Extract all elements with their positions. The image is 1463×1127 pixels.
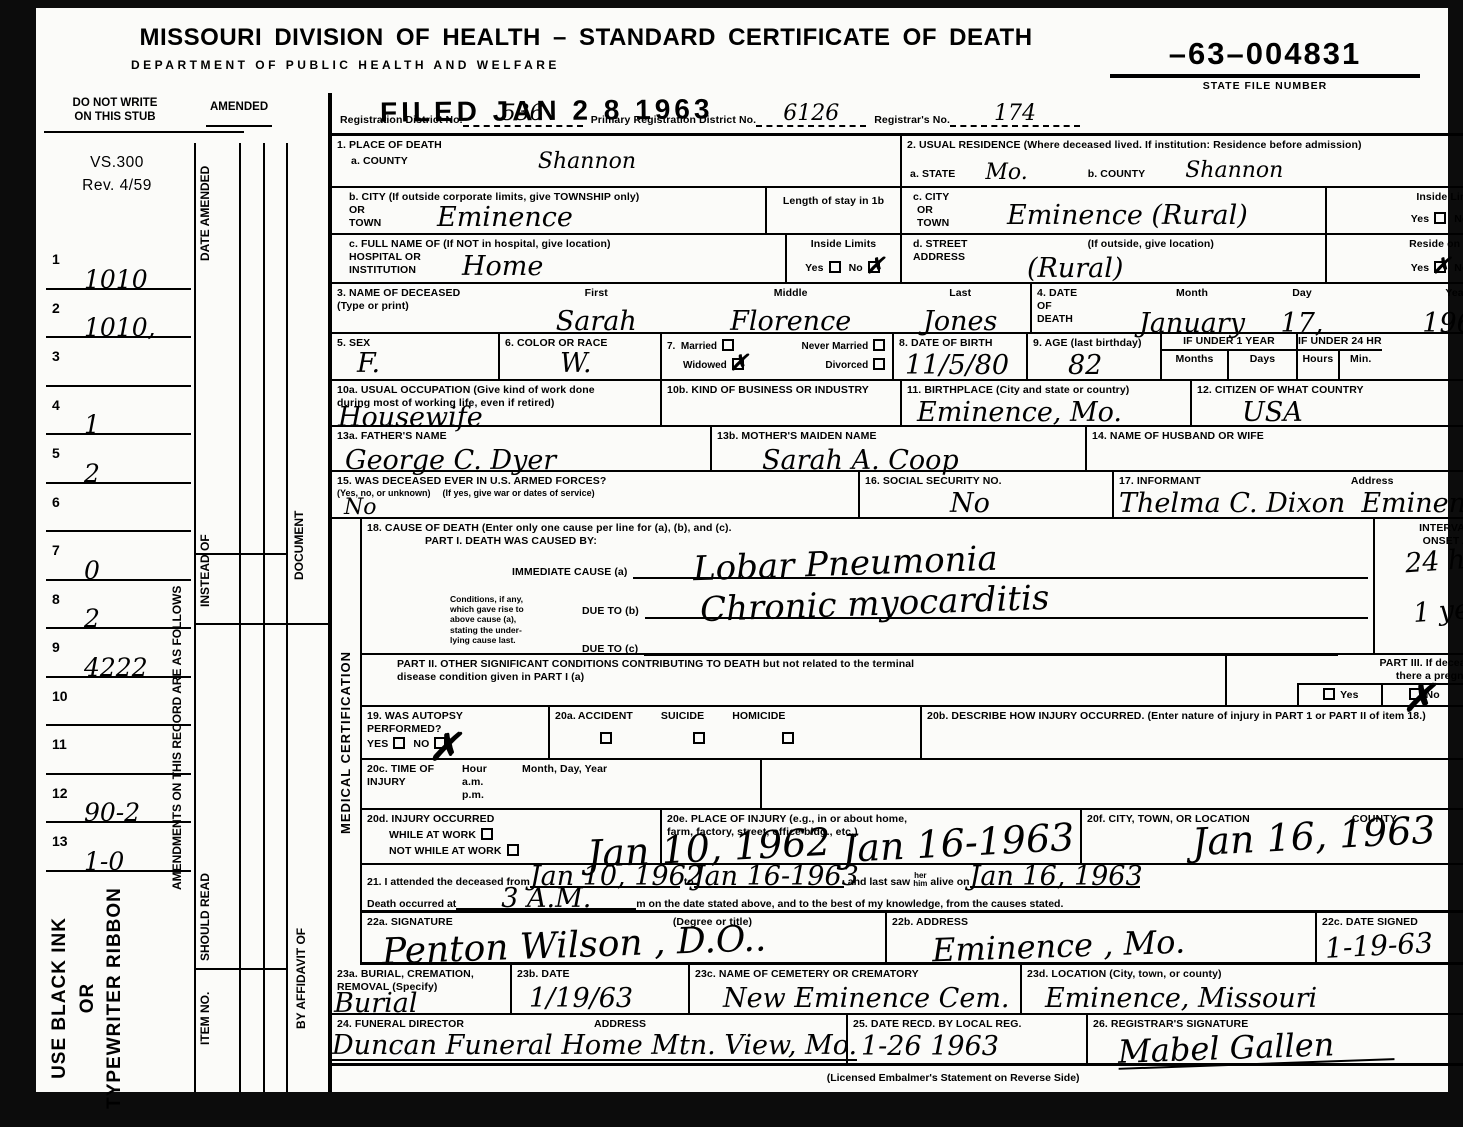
field-place-of-death: 1. PLACE OF DEATH a. COUNTY Shannon	[332, 136, 902, 186]
field-attended: 21. I attended the deceased from Jan 10,…	[362, 865, 1463, 910]
father-name-value: George C. Dyer	[345, 447, 705, 474]
not-while-at-work-checkbox	[507, 844, 519, 856]
informant-address-value: Eminence, Mo.	[1361, 490, 1463, 517]
residence-county-value: Shannon	[1185, 160, 1283, 184]
field-cause-of-death: 18. CAUSE OF DEATH (Enter only one cause…	[362, 519, 1375, 653]
registrar-no-value: 174	[994, 101, 1036, 126]
filed-stamp: FILED JAN 2 8 1963	[380, 93, 714, 128]
left-stub: DO NOT WRITE ON THIS STUB AMENDED VS.300…	[36, 93, 328, 1092]
item-no-label: ITEM NO.	[198, 978, 212, 1058]
field-how-injury-occurred: 20b. DESCRIBE HOW INJURY OCCURRED. (Ente…	[922, 707, 1463, 758]
field-hospital: c. FULL NAME OF (If NOT in hospital, giv…	[332, 235, 787, 282]
middle-name-value: Florence	[686, 308, 895, 335]
burial-location-value: Eminence, Missouri	[1045, 985, 1463, 1012]
field-injury-date: Month, Day, Year	[517, 760, 762, 808]
field-usual-residence: 2. USUAL RESIDENCE (Where deceased lived…	[902, 136, 1463, 186]
stub-line: 11010	[46, 241, 191, 290]
embalmer-note: (Licensed Embalmer's Statement on Revers…	[332, 1066, 1463, 1084]
inside-limits-yes-checkbox	[1434, 212, 1446, 224]
field-burial-location: 23d. LOCATION (City, town, or county) (S…	[1022, 965, 1463, 1013]
stub-line: 41	[46, 387, 191, 436]
field-social-security: 16. SOCIAL SECURITY NO. No	[860, 472, 1114, 517]
certificate-page: MISSOURI DIVISION OF HEALTH – STANDARD C…	[36, 8, 1448, 1092]
primary-district-value: 6126	[783, 101, 839, 126]
field-name-of-deceased: 3. NAME OF DECEASED (Type or print) Firs…	[332, 284, 1032, 332]
date-received-value: 1-26 1963	[861, 1033, 1081, 1060]
funeral-director-value: Duncan Funeral Home Mtn. View, Mo.	[332, 1032, 857, 1061]
county-value: Shannon	[538, 151, 636, 173]
race-value: W.	[560, 350, 655, 377]
field-occupation: 10a. USUAL OCCUPATION (Give kind of work…	[332, 381, 662, 425]
attended-to-overlay: Jan 16-1963	[841, 818, 1075, 868]
pregnancy-yes-checkbox	[1323, 688, 1335, 700]
physician-address-value: Eminence , Mo.	[932, 926, 1186, 967]
stub-line: 3	[46, 338, 191, 387]
certificate-form: 1. PLACE OF DEATH a. COUNTY Shannon 2. U…	[332, 133, 1463, 1066]
field-injury-hour: Hour a.m. p.m.	[457, 760, 517, 808]
accident-checkbox	[600, 732, 612, 744]
field-armed-forces: 15. WAS DECEASED EVER IN U.S. ARMED FORC…	[332, 472, 860, 517]
death-inside-limits-no-checkbox: ✗	[868, 261, 880, 273]
field-if-under-24-hr: IF UNDER 24 HR Hours Min.	[1298, 334, 1382, 379]
field-birthplace: 11. BIRTHPLACE (City and state or countr…	[902, 381, 1192, 425]
field-business-industry: 10b. KIND OF BUSINESS OR INDUSTRY	[662, 381, 902, 425]
should-read-label: SHOULD READ	[198, 871, 212, 963]
city-of-death-value: Eminence	[437, 204, 573, 231]
field-street-address: d. STREET ADDRESS (If outside, give loca…	[902, 235, 1327, 282]
field-burial-type: 23a. BURIAL, CREMATION, REMOVAL (Specify…	[332, 965, 512, 1013]
mother-maiden-name-value: Sarah A. Coop	[762, 447, 1080, 474]
field-autopsy: 19. WAS AUTOPSY PERFORMED? YES NO ✗	[362, 707, 550, 758]
field-residence-inside-limits: Inside Limits Yes No ✗	[1327, 188, 1463, 233]
registration-line: Registration District No. 536 Primary Re…	[332, 93, 1463, 133]
form-number: VS.300 Rev. 4/59	[52, 151, 182, 198]
date-of-birth-value: 11/5/80	[905, 352, 1021, 379]
stub-line: 21010,	[46, 290, 191, 339]
field-date-received: 25. DATE RECD. BY LOCAL REG. 1-26 1963	[848, 1015, 1088, 1063]
field-city-of-death: b. CITY (If outside corporate limits, gi…	[332, 188, 767, 233]
stub-rule	[194, 623, 328, 625]
age-value: 82	[1068, 352, 1155, 379]
field-interval: INTERVAL BETWEEN ONSET AND DEATH 24 hrs.…	[1375, 519, 1463, 653]
time-of-death-value: 3 A.M.	[456, 885, 636, 912]
document-label: DOCUMENT	[292, 498, 306, 593]
stub-line: 52	[46, 435, 191, 484]
never-married-checkbox	[873, 339, 885, 351]
field-date-of-death: 4. DATE OF DEATH Month January Day 17, Y…	[1032, 284, 1463, 332]
cause-b-value: Chronic myocarditis	[699, 580, 1049, 626]
field-physician-signature: 22a. SIGNATURE (Degree or title) Penton …	[362, 913, 887, 962]
homicide-checkbox	[782, 732, 794, 744]
citizen-value: USA	[1242, 399, 1463, 426]
amended-label: AMENDED	[206, 101, 272, 127]
field-part3-pregnancy: PART III. If deceased was female was the…	[1227, 655, 1463, 705]
informant-value: Thelma C. Dixon	[1119, 490, 1345, 517]
do-not-write-label: DO NOT WRITE ON THIS STUB	[50, 97, 180, 125]
field-citizen: 12. CITIZEN OF WHAT COUNTRY USA	[1192, 381, 1463, 425]
date-signed-value: 1-19-63	[1324, 929, 1433, 963]
field-reside-on-farm: Reside on Farm Yes ✗ No	[1327, 235, 1463, 282]
stub-rule	[239, 143, 241, 1092]
stub-divider	[44, 131, 244, 133]
sex-value: F.	[357, 350, 493, 377]
field-mother-maiden-name: 13b. MOTHER'S MAIDEN NAME Sarah A. Coop	[712, 427, 1087, 470]
last-name-value: Jones	[895, 308, 1025, 335]
field-accident-suicide-homicide: 20a. ACCIDENT SUICIDE HOMICIDE	[550, 707, 922, 758]
armed-forces-value: No	[344, 497, 377, 519]
header: MISSOURI DIVISION OF HEALTH – STANDARD C…	[36, 8, 1448, 93]
page-subtitle: DEPARTMENT OF PUBLIC HEALTH AND WELFARE	[131, 58, 560, 72]
residence-state-value: Mo.	[985, 162, 1027, 184]
conditions-note: Conditions, if any, which gave rise to a…	[450, 594, 524, 645]
state-file-number-label: STATE FILE NUMBER	[1110, 80, 1420, 92]
state-file-number-value: –63–004831	[1110, 36, 1420, 78]
field-burial-date: 23b. DATE 1/19/63	[512, 965, 690, 1013]
medical-certification-label: MEDICAL CERTIFICATION	[338, 519, 353, 965]
field-length-of-stay: Length of stay in 1b	[767, 188, 902, 233]
field-date-signed: 22c. DATE SIGNED 1-19-63	[1317, 913, 1463, 962]
main-form-column: Registration District No. 536 Primary Re…	[328, 93, 1463, 1092]
field-registrar-signature: 26. REGISTRAR'S SIGNATURE Mabel Gallen	[1088, 1015, 1463, 1063]
field-part2-conditions: PART II. OTHER SIGNIFICANT CONDITIONS CO…	[362, 655, 1227, 705]
field-marital-status: 7. Married Never Married Widowed ✗ Divor…	[662, 334, 894, 379]
state-file-number: –63–004831 STATE FILE NUMBER	[1110, 36, 1420, 92]
divorced-checkbox	[873, 358, 885, 370]
amendments-label: AMENDMENTS ON THIS RECORD ARE AS FOLLOWS	[170, 478, 184, 998]
farm-yes-checkbox: ✗	[1434, 261, 1446, 273]
stub-rule	[194, 968, 288, 970]
cemetery-value: New Eminence Cem.	[723, 985, 1015, 1012]
stub-rule	[263, 143, 265, 1092]
medical-certification-strip: MEDICAL CERTIFICATION	[332, 519, 362, 965]
while-at-work-checkbox	[481, 828, 493, 840]
pregnancy-no-checkbox: ✗	[1409, 688, 1421, 700]
stub-rule	[286, 143, 288, 1092]
field-physician-address: 22b. ADDRESS Eminence , Mo.	[887, 913, 1317, 962]
registrar-signature-value: Mabel Gallen	[1117, 1026, 1394, 1070]
page-title: MISSOURI DIVISION OF HEALTH – STANDARD C…	[106, 24, 1066, 52]
field-residence-city: c. CITY OR TOWN Eminence (Rural)	[902, 188, 1327, 233]
residence-city-value: Eminence (Rural)	[1007, 202, 1248, 229]
instead-of-label: INSTEAD OF	[198, 523, 212, 618]
field-sex: 5. SEX F.	[332, 334, 500, 379]
first-name-value: Sarah	[507, 308, 686, 335]
interval-b-value: 1 year	[1412, 594, 1463, 627]
street-address-value: (Rural)	[1027, 255, 1123, 282]
suicide-checkbox	[693, 732, 705, 744]
field-funeral-director: 24. FUNERAL DIRECTOR ADDRESS Duncan Fune…	[332, 1015, 848, 1063]
burial-date-value: 1/19/63	[529, 985, 683, 1012]
field-if-under-1-year: IF UNDER 1 YEAR Months Days	[1162, 334, 1298, 379]
field-time-of-injury: 20c. TIME OF INJURY	[362, 760, 457, 808]
field-injury-blank	[762, 760, 1463, 808]
registrar-no-label: Registrar's No.	[874, 114, 950, 127]
last-seen-alive-value: Jan 16, 1963	[970, 863, 1140, 890]
death-inside-limits-yes-checkbox	[829, 261, 841, 273]
field-father-name: 13a. FATHER'S NAME George C. Dyer	[332, 427, 712, 470]
field-date-of-birth: 8. DATE OF BIRTH 11/5/80	[894, 334, 1028, 379]
date-amended-label: DATE AMENDED	[198, 138, 212, 288]
stub-rule	[194, 143, 196, 1092]
social-security-value: No	[950, 490, 1107, 517]
field-age: 9. AGE (last birthday) 82	[1028, 334, 1162, 379]
autopsy-yes-checkbox	[393, 737, 405, 749]
field-informant: 17. INFORMANT Address Thelma C. Dixon Em…	[1114, 472, 1463, 517]
burial-type-value: Burial	[334, 990, 418, 1017]
physician-signature-value: Penton Wilson , D.O..	[381, 921, 766, 970]
autopsy-no-checkbox: ✗	[434, 737, 446, 749]
use-black-ink-label: USE BLACK INK OR TYPEWRITER RIBBON	[46, 863, 146, 1127]
birthplace-value: Eminence, Mo.	[917, 399, 1185, 426]
cause-a-value: Lobar Pneumonia	[693, 542, 999, 587]
field-cemetery: 23c. NAME OF CEMETERY OR CREMATORY New E…	[690, 965, 1022, 1013]
field-death-inside-limits: Inside Limits Yes No ✗	[787, 235, 902, 282]
field-husband-or-wife: 14. NAME OF HUSBAND OR WIFE	[1087, 427, 1463, 470]
by-affidavit-label: BY AFFIDAVIT OF	[294, 903, 308, 1053]
widowed-checkbox: ✗	[732, 358, 744, 370]
field-color-or-race: 6. COLOR OR RACE W.	[500, 334, 662, 379]
hospital-value: Home	[462, 253, 543, 280]
interval-a-value: 24 hrs.	[1404, 544, 1463, 578]
